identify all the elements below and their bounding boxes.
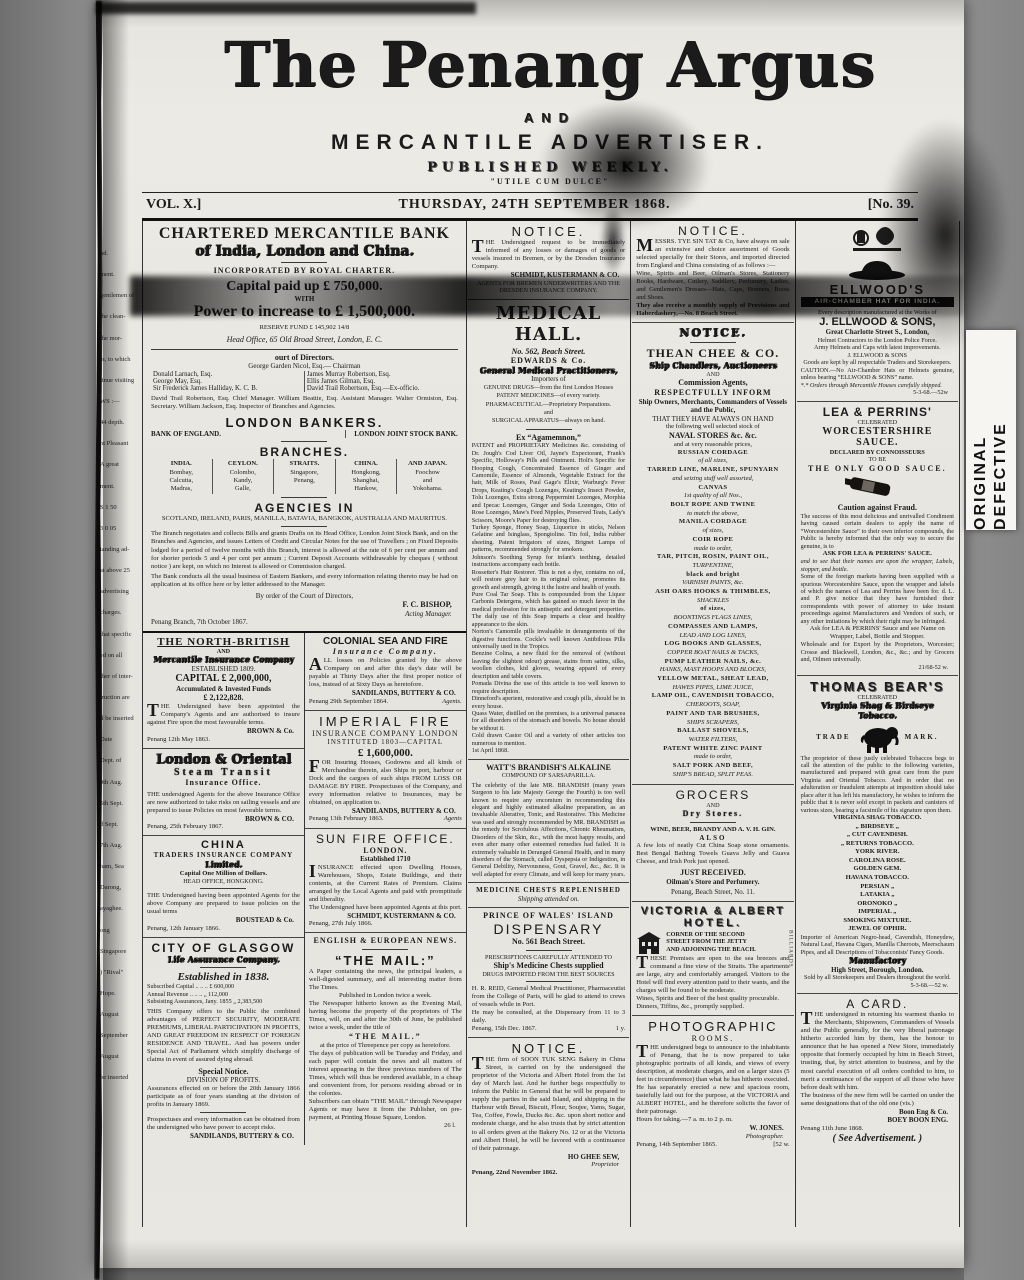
list-line: LATAKIA „ <box>801 891 954 900</box>
bank-branches-title: BRANCHES. <box>151 445 458 459</box>
motto: "UTILE CUM DULCE" <box>136 177 964 186</box>
directors-left: Donald Larnach, Esq.George May, Esq.Sir … <box>151 371 305 392</box>
lea-caution-title: Caution against Fraud. <box>801 503 954 513</box>
if-instituted: INSTITUTED 1803—CAPITAL <box>309 738 462 747</box>
tc-stockline: the following well selected stock of <box>636 423 789 431</box>
list-line: Calcutta, <box>152 477 211 485</box>
sf-body2: The Undersigned have been appointed Agen… <box>309 904 462 912</box>
bank-branches-table: INDIA.Bombay,Calcutta,Madras, CEYLON.Col… <box>151 459 458 494</box>
lo-body: THE undersigned Agents for the above Ins… <box>147 791 300 815</box>
if-title: IMPERIAL FIRE <box>309 714 462 729</box>
medical-hall-title: MEDICAL HALL. <box>472 303 625 345</box>
tc-notice: NOTICE. <box>636 326 789 339</box>
list-line: to match the above, <box>636 510 789 519</box>
list-line: SALT PORK AND BEEF, <box>636 762 789 771</box>
lea-p4: Some of the foreign markets having been … <box>801 573 954 625</box>
hotel-p3: Dinners, Tiffins, &c., promptly supplied… <box>636 1003 789 1011</box>
medical-address: No. 562, Beach Street. <box>472 347 625 357</box>
cs-signature: SANDILANDS, BUTTERY & CO. <box>309 689 462 698</box>
list-line: COPPER BOAT NAILS & TACKS, <box>636 649 789 658</box>
dispensary-l3: DRUGS IMPORTED FROM THE BEST SOURCES <box>472 971 625 978</box>
medical-p10: Quass Water, distilled on the premises, … <box>472 710 625 732</box>
ad-lea-perrins: LEA & PERRINS' CELEBRATED WORCESTERSHIRE… <box>797 402 958 676</box>
ellwood-title: ELLWOOD'S <box>801 282 954 297</box>
bank-subheading: of India, London and China. <box>151 243 458 259</box>
list-line: IMPERIAL „ <box>801 908 954 917</box>
defect-label: ORIGINAL DEFECTIVE <box>966 330 1016 530</box>
tc-inform: RESPECTFULLY INFORM <box>636 388 789 398</box>
dispensary-date-row: Penang, 15th Dec. 1867. 1 y. <box>472 1025 625 1033</box>
ad-thomas-bear: THOMAS BEAR'S CELEBRATED Virginia Shag &… <box>797 676 958 994</box>
lo-date: Penang, 25th February 1867. <box>147 823 300 831</box>
bank-officers: David Trail Robertson, Esq. Chief Manage… <box>151 395 458 411</box>
ad-china-traders: CHINA TRADERS INSURANCE COMPANY Limited.… <box>143 836 304 937</box>
ellwood-p4: Goods are kept by all respectable Trader… <box>801 359 954 366</box>
column-5: ELLWOOD'S AIR-CHAMBER HAT FOR INDIA. Eve… <box>796 221 959 1227</box>
bank-reserve: RESERVE FUND £ 145,902 14/8 <box>151 324 458 332</box>
bank-signature-title: Acting Manager. <box>151 610 458 619</box>
medical-p1: PATENT and PROPRIETARY Medicines &c. con… <box>472 442 625 524</box>
tc-prices: and at very reasonable prices, <box>636 441 789 449</box>
dateline-row: VOL. X.] THURSDAY, 24TH SEPTEMBER 1868. … <box>142 192 918 221</box>
cg-body: THIS Company offers to the Public the co… <box>147 1008 300 1064</box>
dispensary-island: PRINCE OF WALES' ISLAND <box>472 911 625 921</box>
bear-p1: The proprietor of these justly celebrate… <box>801 755 954 815</box>
cs-subtitle: Insurance Company. <box>309 647 462 657</box>
list-line: MANILA CORDAGE <box>636 518 789 527</box>
grocers-drystores: Dry Stores. <box>636 809 789 819</box>
list-line: SHIP'S BREAD, SPLIT PEAS. <box>636 771 789 780</box>
cg-established: Established in 1838. <box>147 971 300 983</box>
sauce-bottle-icon <box>845 475 909 501</box>
card-firm: Boon Eng & Co. <box>801 1108 954 1117</box>
medical-practitioners: General Medical Practitioners, <box>472 366 625 376</box>
dispensary-ref: 1 y. <box>616 1025 625 1033</box>
photo-rooms: ROOMS. <box>636 1034 789 1044</box>
nb-title: THE NORTH-BRITISH <box>147 636 300 648</box>
grocers-and: AND <box>636 802 789 809</box>
bremen-signature: SCHMIDT, KUSTERMANN & CO. <box>472 271 625 280</box>
masthead: The Penang Argus AND MERCANTILE ADVERTIS… <box>136 0 964 186</box>
list-line: and <box>398 477 457 485</box>
ad-dispensary: PRINCE OF WALES' ISLAND DISPENSARY No. 5… <box>468 908 629 1038</box>
lo-steam-transit: Steam Transit <box>147 767 300 779</box>
dispensary-l1: PRESCRIPTIONS CAREFULLY ATTENDED TO <box>472 954 625 961</box>
list-line: PATENT WHITE ZINC PAINT <box>636 745 789 754</box>
tc-onhand: THAT THEY HAVE ALWAYS ON HAND <box>636 415 789 424</box>
issue-number: [No. 39. <box>868 197 914 213</box>
bear-sold: Sold by all Storekeepers and Dealers thr… <box>801 974 954 981</box>
hotel-billiards-note: BILLIARDS <box>788 930 794 968</box>
watts-title: WATT'S BRANDISH'S ALKALINE <box>472 763 625 773</box>
ad-bakery-notice: NOTICE. THE firm of SOON TUK SENG Bakery… <box>468 1038 629 1181</box>
ellwood-ref: 5-3-68.—52w <box>801 389 954 396</box>
ad-tye-sin-tat: NOTICE. MESSRS. TYE SIN TAT & Co, have a… <box>632 221 793 323</box>
list-line: Subsisting Assurances, Jany. 1855 „ 2,38… <box>147 998 300 1005</box>
tc-firm: THEAN CHEE & CO. <box>636 346 789 361</box>
photo-ref: [52 w. <box>773 1141 789 1149</box>
issue-date: THURSDAY, 24TH SEPTEMBER 1868. <box>398 197 670 213</box>
sf-date: Penang, 27th July 1866. <box>309 920 462 928</box>
hotel-p2: Wines, Spirits and Beer of the best qual… <box>636 995 789 1003</box>
bank-of-england: BANK OF ENGLAND. <box>151 430 221 439</box>
medical-date: 1st April 1868. <box>472 747 625 754</box>
list-line: Ellis James Gilman, Esq. <box>307 378 456 385</box>
list-line: CANVAS <box>636 484 789 493</box>
bear-manufactory: Manufactory <box>801 956 954 966</box>
ellwood-p1: Helmet Contractors to the London Police … <box>801 337 954 344</box>
grocers-also: ALSO <box>636 834 789 843</box>
bank-paragraph-2: The Bank conducts all the usual business… <box>151 573 458 589</box>
ad-grocers: GROCERS AND Dry Stores. WINE, BEER, BRAN… <box>632 785 793 902</box>
bank-signature: F. C. BISHOP, <box>151 600 458 610</box>
cg-signature: SANDILANDS, BUTTERY & CO. <box>147 1132 300 1141</box>
tc-commission: Commission Agents, <box>636 378 789 388</box>
photo-p1: THE undersigned begs to announce to the … <box>636 1044 789 1084</box>
mail-title: “THE MAIL:” <box>309 953 462 968</box>
list-line: Donald Larnach, Esq. <box>153 371 302 378</box>
hotel-p1: THESE Premises are open to the sea breez… <box>636 955 789 995</box>
fold-shadow <box>103 0 129 1280</box>
cs-agents: Agents. <box>442 698 462 706</box>
ellwood-subtitle: AIR-CHAMBER HAT FOR INDIA. <box>801 297 954 307</box>
photo-date: Penang, 14th September 1865. <box>636 1141 717 1149</box>
ct-signature: BOUSTEAD & Co. <box>147 916 300 925</box>
if-date: Penang 13th February 1863. <box>309 815 384 823</box>
list-line: Singapore, <box>275 469 334 477</box>
tc-naval: NAVAL STORES &c. &c. <box>636 431 789 441</box>
list-line: VIRGINIA SHAG TOBACCO. <box>801 814 954 823</box>
published-weekly: PUBLISHED WEEKLY. <box>136 160 964 175</box>
nb-capital: CAPITAL £ 2,000,000, <box>147 673 300 685</box>
list-line: BOLT ROPE AND TWINE <box>636 501 789 510</box>
bear-trade: TRADE <box>816 733 851 742</box>
defect-label-original: ORIGINAL <box>972 330 990 530</box>
royal-crest-icon <box>849 226 905 256</box>
bank-capital: Capital paid up £ 750,000. <box>151 279 458 295</box>
hotel-sub2: STREET FROM THE JETTY <box>666 938 756 945</box>
bank-london-bankers: LONDON BANKERS. <box>151 415 458 430</box>
bank-with: WITH <box>151 295 458 304</box>
tc-and: AND <box>636 371 789 378</box>
bear-ref: 5-3-68.—52 w. <box>801 982 954 989</box>
watts-body: The celebrity of the late MR. BRANDISH (… <box>472 782 625 879</box>
list-line: Kandy, <box>214 477 273 485</box>
ad-sun-fire: SUN FIRE OFFICE. LONDON. Established 171… <box>305 829 466 934</box>
bakery-date: Penang, 22nd November 1862. <box>472 1169 625 1177</box>
bremen-agents-line: AGENTS FOR BREMEN UNDERWRITERS AND THE D… <box>472 280 625 295</box>
hotel-title2: HOTEL. <box>636 917 789 929</box>
lea-tobe: TO BE <box>801 456 954 463</box>
lea-p5: Ask for LEA & PERRINS' Sauce and see Nam… <box>801 625 954 641</box>
bank-head-office: Head Office, 65 Old Broad Street, London… <box>151 335 458 345</box>
ellwood-p6: *.* Orders through Mercantile Houses car… <box>801 382 954 389</box>
grocers-oilman: Oilman's Store and Perfumery. <box>636 878 789 887</box>
list-line: black and bright <box>636 571 789 580</box>
card-p1: THE undersigned in returning his warmest… <box>801 1011 954 1091</box>
list-line: VARNISH PAINTS, &c. <box>636 579 789 588</box>
bear-address: High Street, Borough, London. <box>801 966 954 975</box>
bear-title: THOMAS BEAR'S <box>801 679 954 694</box>
bank-dateline: Penang Branch, 7th October 1867. <box>151 618 458 627</box>
ad-chartered-mercantile-bank: CHARTERED MERCANTILE BANK of India, Lond… <box>143 221 466 631</box>
ellwood-caution: CAUTION.—No Air-Chamber Hats or Helmets … <box>801 367 954 382</box>
mail-p5: The days of publication will be Tuesday … <box>309 1050 462 1098</box>
list-line: Annual Revenue .. .. .. „ 112,000 <box>147 991 300 998</box>
masthead-and: AND <box>136 110 964 125</box>
list-line: made to order, <box>636 545 789 554</box>
subcolumns: THE NORTH-BRITISH AND Mercantile Insuran… <box>143 631 466 1145</box>
ellwood-p3: J. ELLWOOD & SONS <box>801 352 954 359</box>
ellwood-firm: J. ELLWOOD & SONS, <box>801 316 954 328</box>
column-1-2: CHARTERED MERCANTILE BANK of India, Lond… <box>143 221 467 1227</box>
list-line: of sizes, <box>636 527 789 536</box>
cs-body: ALL losses on Policies granted by the ab… <box>309 657 462 689</box>
list-line: CAROLINA ROSE. <box>801 857 954 866</box>
list-line: YORK RIVER. <box>801 848 954 857</box>
nb-funds2: £ 2,122,828. <box>147 693 300 703</box>
ad-photographic-rooms: PHOTOGRAPHIC ROOMS. THE undersigned begs… <box>632 1016 793 1153</box>
card-p2: The business of the new firm will be car… <box>801 1092 954 1108</box>
ct-body: THE Undersigned having been appointed Ag… <box>147 892 300 916</box>
lea-ref: 21/68-52 w. <box>801 664 954 671</box>
list-line: SURGICAL APPARATUS—always on hand. <box>472 417 625 425</box>
bank-by-order: By order of the Court of Directors, <box>151 592 458 601</box>
nb-funds: Accumulated & Invested Funds <box>147 685 300 694</box>
ad-notice-bremen: NOTICE. THE Undersigned request to be im… <box>468 221 629 300</box>
list-line: RUSSIAN CORDAGE <box>636 449 789 458</box>
branch-straits-cities: Singapore,Penang, <box>275 469 334 485</box>
branch-japan-cities: FoochowandYokohama. <box>398 469 457 494</box>
ad-colonial-sea-fire: COLONIAL SEA AND FIRE Insurance Company.… <box>305 633 466 711</box>
list-line: BALLAST SHOVELS, <box>636 727 789 736</box>
hotel-sub3: AND ADJOINING THE BEACH. <box>666 946 756 953</box>
ad-medicine-chests: MEDICINE CHESTS REPLENISHED Shipping att… <box>468 883 629 908</box>
bank-directors: Donald Larnach, Esq.George May, Esq.Sir … <box>151 371 458 392</box>
ellwood-p2: Army Helmets and Caps with latest improv… <box>801 344 954 351</box>
cg-division: DIVISION OF PROFITS. <box>147 1076 300 1085</box>
chests-sub: Shipping attended on. <box>472 895 625 904</box>
tst-title: NOTICE. <box>636 224 789 238</box>
cg-title: CITY OF GLASGOW <box>147 941 300 955</box>
card-see-advert: ( See Advertisement. ) <box>801 1133 954 1145</box>
grocers-body: A few lots of neatly Cut China Soap ston… <box>636 842 789 866</box>
dispensary-p2: He may be consulted, at the Dispensary f… <box>472 1009 625 1025</box>
nb-date: Penang 12th May 1863. <box>147 736 300 744</box>
medical-p8: Pomada Divina the use of this article is… <box>472 680 625 695</box>
ad-imperial-fire: IMPERIAL FIRE INSURANCE COMPANY LONDON I… <box>305 711 466 829</box>
ad-medical-hall: MEDICAL HALL. No. 562, Beach Street. EDW… <box>468 300 629 760</box>
newspaper-page: ud.ment.gentlemen ofthe clean-the mor-rs… <box>96 0 964 1268</box>
chests-title: MEDICINE CHESTS REPLENISHED <box>472 886 625 895</box>
cs-date: Penang 29th September 1864. <box>309 698 388 706</box>
bank-paragraph-1: The Branch negotiates and collects Bills… <box>151 530 458 570</box>
lea-celebrated: CELEBRATED <box>801 419 954 426</box>
ad-the-mail: ENGLISH & EUROPEAN NEWS. “THE MAIL:” A P… <box>305 933 466 1134</box>
branch-india: INDIA. <box>171 460 192 467</box>
bear-mark: MARK. <box>905 733 939 742</box>
list-line: GOLDEN GEM. <box>801 865 954 874</box>
cg-notice-body: Assurances effected on or before the 20t… <box>147 1085 300 1109</box>
list-line: SMOKING MIXTURE. <box>801 917 954 926</box>
hotel-title: VICTORIA & ALBERT <box>636 905 789 917</box>
bakery-body: THE firm of SOON TUK SENG Bakery in Chin… <box>472 1056 625 1152</box>
hotel-sub1: CORNER OF THE SECOND <box>666 931 756 938</box>
if-agents: Agents <box>444 815 462 823</box>
list-line: Foochow <box>398 469 457 477</box>
list-line: Yokohama. <box>398 485 457 493</box>
medical-lines: GENUINE DRUGS—from the first London Hous… <box>472 384 625 426</box>
list-line: HANKS, MAST HOOPS AND BLOCKS, <box>636 666 789 675</box>
medical-p4: Rossetter's Hair Restorer. This is not a… <box>472 569 625 591</box>
list-line: of sizes, <box>636 605 789 614</box>
list-line: James Murray Robertson, Esq. <box>307 371 456 378</box>
branch-india-cities: Bombay,Calcutta,Madras, <box>152 469 211 494</box>
mail-p6: Subscribers can obtain “THE MAIL” throug… <box>309 1098 462 1122</box>
list-line: ORONOKO „ <box>801 900 954 909</box>
mail-p2: Published in London twice a week. <box>309 992 462 1000</box>
lea-declared: DECLARED BY CONNOISSEURS <box>801 449 954 456</box>
photo-p2: He has separately erected a new and spac… <box>636 1084 789 1116</box>
branch-ceylon-cities: Colombo,Kandy,Galle, <box>214 469 273 494</box>
grocers-line: WINE, BEER, BRANDY AND A. V. H. GIN. <box>636 826 789 834</box>
lea-only-good: THE ONLY GOOD SAUCE. <box>801 464 954 474</box>
volume-label: VOL. X.] <box>146 197 201 213</box>
photo-title: PHOTOGRAPHIC <box>636 1019 789 1034</box>
sf-body: INSURANCE effected upon Dwelling Houses,… <box>309 864 462 904</box>
list-line: Sir Frederick James Halliday, K. C. B. <box>153 385 302 392</box>
grocers-address: Penang, Beach Street, No. 11. <box>636 888 789 897</box>
tst-body2: Wine, Spirits and Beer, Oilman's Stores,… <box>636 270 789 302</box>
branch-china-cities: Hongkong,Shanghai,Hankow, <box>337 469 396 494</box>
photo-signature: W. JONES. <box>636 1124 789 1133</box>
cs-date-row: Penang 29th September 1864. Agents. <box>309 698 462 706</box>
tc-stock-list: RUSSIAN CORDAGEof all sizes,TARRED LINE,… <box>636 449 789 780</box>
dispensary-address: No. 561 Beach Street. <box>472 937 625 947</box>
list-line: PHARMACEUTICAL—Proprietory Preparations. <box>472 401 625 409</box>
list-line: SHIPS SCRAPERS, <box>636 719 789 728</box>
grocers-just-received: JUST RECEIVED. <box>636 868 789 878</box>
if-capital: £ 1,600,000. <box>309 747 462 759</box>
ad-north-british: THE NORTH-BRITISH AND Mercantile Insuran… <box>143 633 304 749</box>
list-line: LOG BOOKS AND GLASSES, <box>636 640 789 649</box>
sf-london: LONDON. <box>309 846 462 856</box>
bear-tobacco: Virginia Shag & Birdseye Tobacco. <box>801 701 954 720</box>
lo-title: London & Oriental <box>147 752 300 767</box>
columns: CHARTERED MERCANTILE BANK of India, Lond… <box>142 221 960 1227</box>
bank-power: Power to increase to £ 1,500,000. <box>151 303 458 321</box>
cg-closing: Prospectuses and every information can b… <box>147 1116 300 1132</box>
ct-head-office: HEAD OFFICE, HONGKONG. <box>147 878 300 885</box>
list-line: LEAD AND LOG LINES, <box>636 632 789 641</box>
paper-title: The Penang Argus <box>136 34 964 96</box>
bakery-signature: HO GHEE SEW, <box>472 1153 625 1162</box>
branch-straits: STRAITS. <box>289 460 319 467</box>
list-line: PUMP LEATHER NAILS, &c. <box>636 658 789 667</box>
sf-established: Established 1710 <box>309 855 462 864</box>
list-line: Shanghai, <box>337 477 396 485</box>
branch-china: CHINA. <box>354 460 378 467</box>
lo-signature: BROWN & CO. <box>147 815 300 824</box>
sf-signature: SCHMIDT, KUSTERMANN & CO. <box>309 912 462 921</box>
hat-icon <box>847 258 907 280</box>
paper-subtitle: MERCANTILE ADVERTISER. <box>136 131 964 155</box>
mail-p3: The Newspaper hitherto known as the Even… <box>309 1000 462 1032</box>
if-body: FOR Insuring Houses, Godowns and all kin… <box>309 759 462 807</box>
dispensary-p1: H. R. REID, General Medical Practitioner… <box>472 985 625 1009</box>
nb-body: THE Undersigned have been appointed the … <box>147 703 300 727</box>
column-4: NOTICE. MESSRS. TYE SIN TAT & Co, have a… <box>631 221 795 1227</box>
bank-bankers-row: BANK OF ENGLAND. LONDON JOINT STOCK BANK… <box>151 430 458 439</box>
ad-thean-chee: NOTICE. THEAN CHEE & CO. Ship Chandlers,… <box>632 323 793 784</box>
medical-p2: Turkey Sponge, Honey Soap, Liquorice in … <box>472 524 625 554</box>
news-title: ENGLISH & EUROPEAN NEWS. <box>309 936 462 946</box>
list-line: COIR ROPE <box>636 536 789 545</box>
list-line: and seizing stuff well assorted, <box>636 475 789 484</box>
bank-incorporated: INCORPORATED BY ROYAL CHARTER. <box>151 266 458 276</box>
sf-title: SUN FIRE OFFICE. <box>309 832 462 846</box>
medical-p6: Norton's Camomile pills invaluable in de… <box>472 628 625 650</box>
mail-p1: A Paper containing the news, the princip… <box>309 968 462 992</box>
bank-heading: CHARTERED MERCANTILE BANK <box>151 225 458 243</box>
tst-body3: They also receive a monthly supply of Pr… <box>636 302 789 318</box>
list-line: HAVANA TOBACCO. <box>801 874 954 883</box>
nb-company: Mercantile Insurance Company <box>147 655 300 665</box>
ad-a-card: A CARD. THE undersigned in returning his… <box>797 994 958 1148</box>
grocers-title: GROCERS <box>636 788 789 802</box>
column-3: NOTICE. THE Undersigned request to be im… <box>467 221 631 1227</box>
medical-p11: Cold drawn Castor Oil and a variety of o… <box>472 732 625 747</box>
lea-p1: The success of this most delicious and u… <box>801 513 954 550</box>
list-line: „ BIRDSEYE „ <box>801 823 954 832</box>
list-line: made to order, <box>636 753 789 762</box>
bank-chairman: George Garden Nicol, Esq.— Chairman <box>151 362 458 371</box>
ct-china: CHINA <box>147 839 300 851</box>
lea-title: LEA & PERRINS' <box>801 405 954 419</box>
if-subtitle: INSURANCE COMPANY LONDON <box>309 729 462 739</box>
mail-ref: 26 l. <box>309 1122 462 1130</box>
list-line: Galle, <box>214 485 273 493</box>
dispensary-date: Penang, 15th Dec. 1867. <box>472 1025 537 1033</box>
lea-ask: ASK FOR LEA & PERRINS' SAUCE. <box>801 550 954 558</box>
card-signature: BOEY BOON ENG. <box>801 1116 954 1125</box>
list-line: of all sizes, <box>636 457 789 466</box>
ellwood-p0: Every description manufactured at the Wo… <box>801 309 954 316</box>
if-date-row: Penang 13th February 1863. Agents <box>309 815 462 823</box>
list-line: Subscribed Capital .. .. .. £ 600,000 <box>147 983 300 990</box>
list-line: CHEROOTS, SOAP, <box>636 701 789 710</box>
elephant-trademark-icon <box>856 723 900 753</box>
list-line: TURPENTINE, <box>636 562 789 571</box>
medical-p5: Pure Coal Tar Soap. This is compounded f… <box>472 591 625 628</box>
list-line: BOONTINGS FLAGS LINES, <box>636 614 789 623</box>
bakery-title: NOTICE. <box>472 1041 625 1056</box>
bremen-notice-title: NOTICE. <box>472 224 625 239</box>
cs-title: COLONIAL SEA AND FIRE <box>309 636 462 648</box>
list-line: JEWEL OF OPHIR. <box>801 925 954 934</box>
medical-p7: Benzine Colina, a new fluid for the remo… <box>472 650 625 680</box>
ellwood-address: Great Charlotte Street S., London, <box>801 328 954 337</box>
list-line: „ CUT CAVENDISH. <box>801 831 954 840</box>
list-line: PATENT MEDICINES—of every variety. <box>472 392 625 400</box>
ad-ellwood: ELLWOOD'S AIR-CHAMBER HAT FOR INDIA. Eve… <box>797 221 958 402</box>
photo-hours: Hours for taking.—7 a. m. to 2 p. m. <box>636 1116 789 1124</box>
nb-signature: BROWN & Co. <box>147 727 300 736</box>
tc-chandlers: Ship Chandlers, Auctioneers <box>636 361 789 371</box>
ad-victoria-albert-hotel: VICTORIA & ALBERT HOTEL. CORNER OF THE S… <box>632 902 793 1016</box>
bakery-sig-title: Proprietor <box>472 1161 625 1169</box>
list-line: Bombay, <box>152 469 211 477</box>
